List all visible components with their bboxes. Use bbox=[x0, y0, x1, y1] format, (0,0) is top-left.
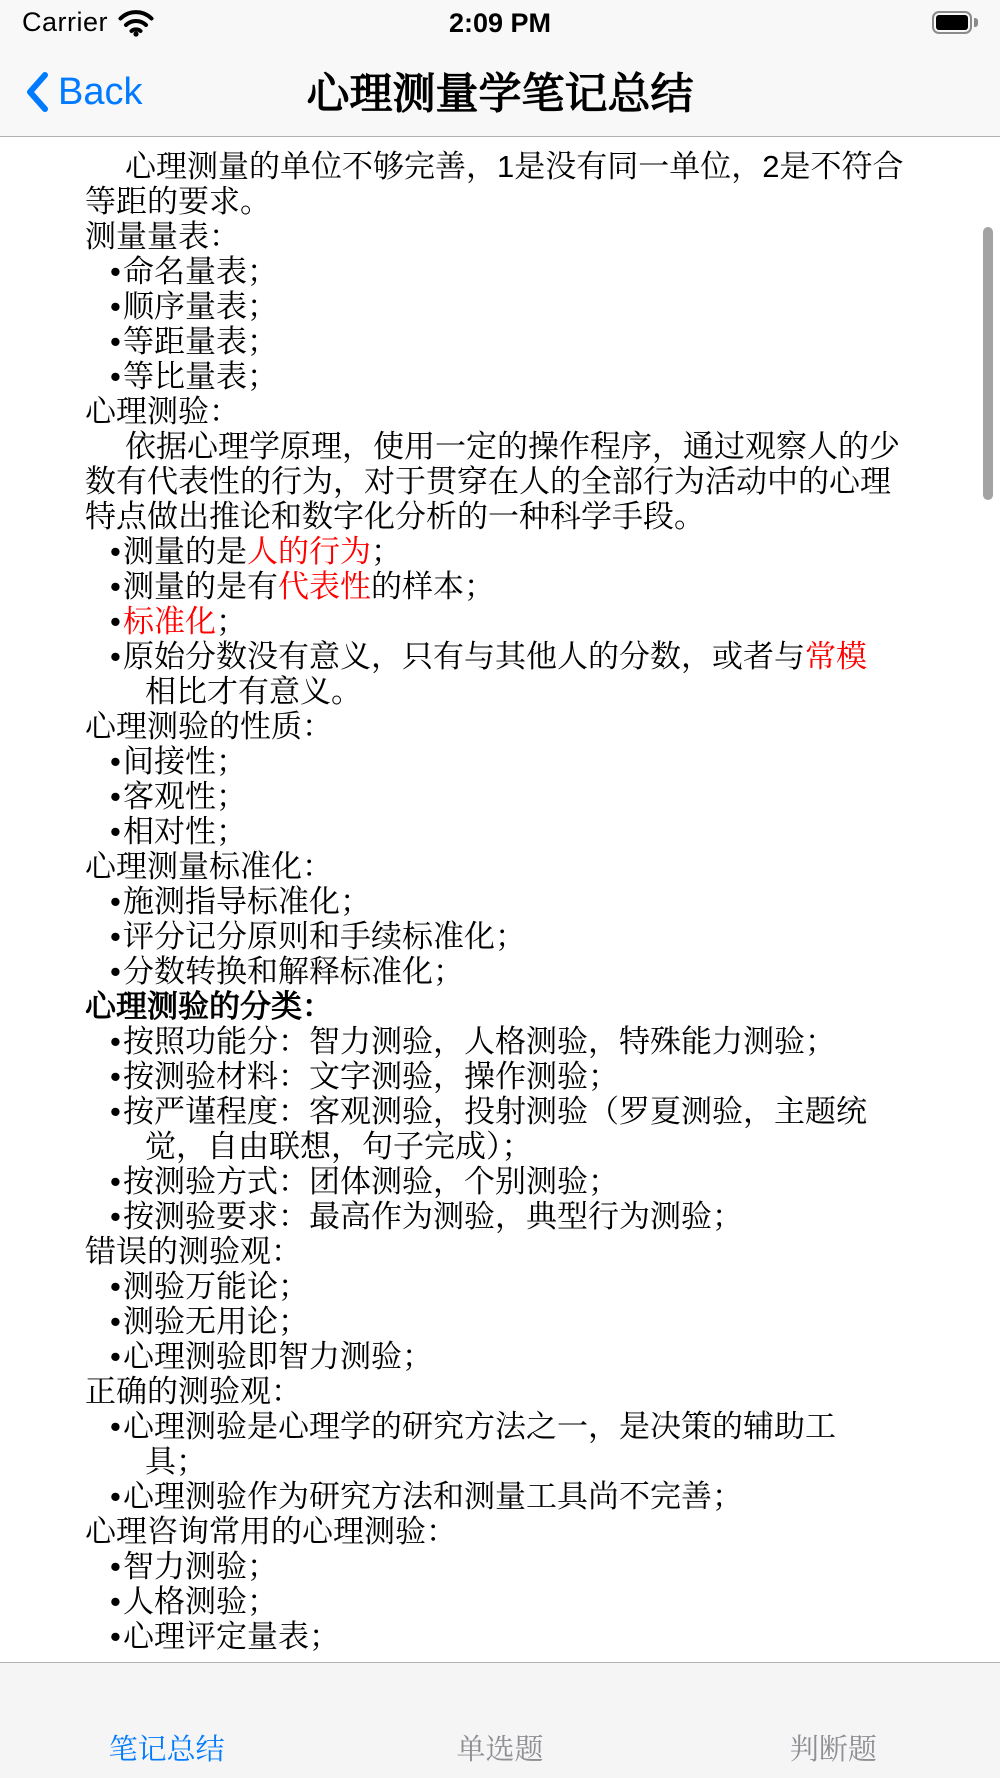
note-bullet: •分数转换和解释标准化； bbox=[85, 954, 972, 989]
note-text: 施测指导标准化； bbox=[123, 884, 371, 919]
note-text: 心理测量标准化： bbox=[85, 849, 333, 884]
bullet-dot-icon: • bbox=[110, 359, 121, 394]
bullet-dot-icon: • bbox=[110, 1584, 121, 1619]
bullet-dot-icon: • bbox=[110, 1199, 121, 1234]
note-bullet: •间接性； bbox=[85, 744, 972, 779]
note-text: 评分记分原则和手续标准化； bbox=[123, 919, 526, 954]
top-bars: Carrier 2:09 PM Back 心理测量 bbox=[0, 0, 1000, 137]
bullet-dot-icon: • bbox=[110, 1304, 121, 1339]
red-highlight-text: 代表性 bbox=[278, 569, 371, 604]
status-bar: Carrier 2:09 PM bbox=[0, 0, 1000, 44]
note-text: 依据心理学原理，使用一定的操作程序，通过观察人的少 bbox=[125, 429, 900, 464]
note-text: ； bbox=[371, 534, 402, 569]
note-text: 智力测验； bbox=[123, 1549, 278, 1584]
note-text: 按严谨程度：客观测验，投射测验（罗夏测验，主题统 bbox=[123, 1094, 867, 1129]
carrier-label: Carrier bbox=[22, 7, 108, 38]
tab-label: 判断题 bbox=[790, 1727, 877, 1768]
note-text: 错误的测验观： bbox=[85, 1234, 302, 1269]
page-title: 心理测量学笔记总结 bbox=[307, 60, 694, 121]
note-bullet: •顺序量表； bbox=[85, 289, 972, 324]
note-bullet: •命名量表； bbox=[85, 254, 972, 289]
battery-nub bbox=[974, 18, 978, 27]
note-text: 心理测验的分类： bbox=[85, 989, 333, 1024]
bullet-dot-icon: • bbox=[110, 254, 121, 289]
note-head: 心理咨询常用的心理测验： bbox=[85, 1514, 972, 1549]
note-text: 等比量表； bbox=[123, 359, 278, 394]
bullet-dot-icon: • bbox=[110, 324, 121, 359]
note-head: 测量量表： bbox=[85, 219, 972, 254]
red-highlight-text: 标准化 bbox=[123, 604, 216, 639]
note-text: 等距量表； bbox=[123, 324, 278, 359]
note-bullet: •测量的是有代表性的样本； bbox=[85, 569, 972, 604]
note-text: 心理测验的性质： bbox=[85, 709, 333, 744]
bullet-dot-icon: • bbox=[110, 1409, 121, 1444]
bullet-dot-icon: • bbox=[110, 1059, 121, 1094]
notes-content[interactable]: 心理测量的单位不够完善，1是没有同一单位，2是不符合等距的要求。测量量表：•命名… bbox=[0, 137, 1000, 1662]
note-text: 心理评定量表； bbox=[123, 1619, 340, 1654]
bullet-dot-icon: • bbox=[110, 779, 121, 814]
note-bullet: •施测指导标准化； bbox=[85, 884, 972, 919]
bullet-dot-icon: • bbox=[110, 1549, 121, 1584]
note-text: 心理测量的单位不够完善，1是没有同一单位，2是不符合 bbox=[125, 149, 903, 184]
note-text: 特点做出推论和数字化分析的一种科学手段。 bbox=[85, 499, 705, 534]
tab-single-choice[interactable]: 单选题 bbox=[333, 1663, 666, 1778]
note-text: 按测验要求：最高作为测验，典型行为测验； bbox=[123, 1199, 743, 1234]
note-bullet: •客观性； bbox=[85, 779, 972, 814]
bullet-dot-icon: • bbox=[110, 744, 121, 779]
note-text: 正确的测验观： bbox=[85, 1374, 302, 1409]
bullet-dot-icon: • bbox=[110, 289, 121, 324]
note-bullet: •心理测验即智力测验； bbox=[85, 1339, 972, 1374]
note-bullet: •人格测验； bbox=[85, 1584, 972, 1619]
bullet-dot-icon: • bbox=[110, 1339, 121, 1374]
note-text: 相对性； bbox=[123, 814, 247, 849]
note-text: 客观性； bbox=[123, 779, 247, 814]
note-text: 测量量表： bbox=[85, 219, 240, 254]
note-bullet: •等距量表； bbox=[85, 324, 972, 359]
note-text: 顺序量表； bbox=[123, 289, 278, 324]
note-bullet: •按测验要求：最高作为测验，典型行为测验； bbox=[85, 1199, 972, 1234]
note-head: 错误的测验观： bbox=[85, 1234, 972, 1269]
note-bullet: •等比量表； bbox=[85, 359, 972, 394]
note-bullet: •标准化； bbox=[85, 604, 972, 639]
bullet-dot-icon: • bbox=[110, 639, 121, 674]
note-head: 心理测验的分类： bbox=[85, 989, 972, 1024]
tab-bar: 笔记总结单选题判断题 bbox=[0, 1662, 1000, 1778]
note-para: 依据心理学原理，使用一定的操作程序，通过观察人的少数有代表性的行为，对于贯穿在人… bbox=[85, 429, 972, 534]
status-left: Carrier bbox=[22, 7, 154, 38]
note-text: 心理测验是心理学的研究方法之一，是决策的辅助工 bbox=[123, 1409, 836, 1444]
note-text: 间接性； bbox=[123, 744, 247, 779]
note-text: 等距的要求。 bbox=[85, 184, 271, 219]
note-bullet: •测验无用论； bbox=[85, 1304, 972, 1339]
red-highlight-text: 常模 bbox=[805, 639, 867, 674]
note-head: 心理测验的性质： bbox=[85, 709, 972, 744]
app-screen: Carrier 2:09 PM Back 心理测量 bbox=[0, 0, 1000, 1778]
note-text: 具； bbox=[145, 1444, 207, 1479]
navigation-bar: Back 心理测量学笔记总结 bbox=[0, 44, 1000, 137]
battery-fill bbox=[936, 15, 968, 30]
note-text: 原始分数没有意义，只有与其他人的分数，或者与 bbox=[123, 639, 805, 674]
tab-notes-summary[interactable]: 笔记总结 bbox=[0, 1663, 333, 1778]
scrollbar-thumb[interactable] bbox=[983, 227, 993, 500]
note-bullet: •测验万能论； bbox=[85, 1269, 972, 1304]
bullet-dot-icon: • bbox=[110, 1269, 121, 1304]
back-button-label: Back bbox=[58, 71, 142, 114]
note-para: 心理测量的单位不够完善，1是没有同一单位，2是不符合等距的要求。 bbox=[85, 149, 972, 219]
note-text: ； bbox=[216, 604, 247, 639]
note-text: 觉，自由联想，句子完成）； bbox=[145, 1129, 533, 1164]
tab-label: 单选题 bbox=[456, 1727, 543, 1768]
note-text: 分数转换和解释标准化； bbox=[123, 954, 464, 989]
note-bullet: •原始分数没有意义，只有与其他人的分数，或者与常模相比才有意义。 bbox=[85, 639, 972, 709]
note-bullet: •相对性； bbox=[85, 814, 972, 849]
back-chevron-icon bbox=[24, 71, 50, 113]
note-bullet: •按测验方式：团体测验，个别测验； bbox=[85, 1164, 972, 1199]
bullet-dot-icon: • bbox=[110, 569, 121, 604]
note-text: 测量的是有 bbox=[123, 569, 278, 604]
battery-body bbox=[932, 11, 972, 34]
battery-icon bbox=[932, 11, 978, 34]
note-head: 正确的测验观： bbox=[85, 1374, 972, 1409]
note-bullet: •心理评定量表； bbox=[85, 1619, 972, 1654]
note-text: 心理咨询常用的心理测验： bbox=[85, 1514, 457, 1549]
note-text: 按测验材料：文字测验，操作测验； bbox=[123, 1059, 619, 1094]
note-bullet: •心理测验作为研究方法和测量工具尚不完善； bbox=[85, 1479, 972, 1514]
bullet-dot-icon: • bbox=[110, 534, 121, 569]
note-bullet: •按测验材料：文字测验，操作测验； bbox=[85, 1059, 972, 1094]
note-bullet: •智力测验； bbox=[85, 1549, 972, 1584]
note-bullet: •测量的是人的行为； bbox=[85, 534, 972, 569]
bullet-dot-icon: • bbox=[110, 1164, 121, 1199]
note-bullet: •按照功能分：智力测验，人格测验，特殊能力测验； bbox=[85, 1024, 972, 1059]
back-button[interactable]: Back bbox=[24, 68, 142, 116]
wifi-icon bbox=[118, 10, 154, 37]
note-text: 心理测验即智力测验； bbox=[123, 1339, 433, 1374]
note-bullet: •心理测验是心理学的研究方法之一，是决策的辅助工具； bbox=[85, 1409, 972, 1479]
bullet-dot-icon: • bbox=[110, 884, 121, 919]
note-text: 测量的是 bbox=[123, 534, 247, 569]
note-text: 数有代表性的行为，对于贯穿在人的全部行为活动中的心理 bbox=[85, 464, 891, 499]
note-text: 相比才有意义。 bbox=[145, 674, 362, 709]
note-text: 心理测验： bbox=[85, 394, 240, 429]
tab-true-false[interactable]: 判断题 bbox=[667, 1663, 1000, 1778]
note-bullet: •评分记分原则和手续标准化； bbox=[85, 919, 972, 954]
note-text: 按照功能分：智力测验，人格测验，特殊能力测验； bbox=[123, 1024, 836, 1059]
note-head: 心理测量标准化： bbox=[85, 849, 972, 884]
bullet-dot-icon: • bbox=[110, 1479, 121, 1514]
red-highlight-text: 人的行为 bbox=[247, 534, 371, 569]
bullet-dot-icon: • bbox=[110, 604, 121, 639]
note-text: 命名量表； bbox=[123, 254, 278, 289]
note-text: 人格测验； bbox=[123, 1584, 278, 1619]
bullet-dot-icon: • bbox=[110, 814, 121, 849]
note-text: 的样本； bbox=[371, 569, 495, 604]
tab-label: 笔记总结 bbox=[109, 1727, 225, 1768]
status-time: 2:09 PM bbox=[449, 8, 551, 39]
bullet-dot-icon: • bbox=[110, 1024, 121, 1059]
note-bullet: •按严谨程度：客观测验，投射测验（罗夏测验，主题统觉，自由联想，句子完成）； bbox=[85, 1094, 972, 1164]
bullet-dot-icon: • bbox=[110, 1619, 121, 1654]
bullet-dot-icon: • bbox=[110, 919, 121, 954]
note-head: 心理测验： bbox=[85, 394, 972, 429]
bullet-dot-icon: • bbox=[110, 1094, 121, 1129]
note-text: 测验万能论； bbox=[123, 1269, 309, 1304]
note-text: 心理测验作为研究方法和测量工具尚不完善； bbox=[123, 1479, 743, 1514]
note-text: 测验无用论； bbox=[123, 1304, 309, 1339]
bullet-dot-icon: • bbox=[110, 954, 121, 989]
note-text: 按测验方式：团体测验，个别测验； bbox=[123, 1164, 619, 1199]
